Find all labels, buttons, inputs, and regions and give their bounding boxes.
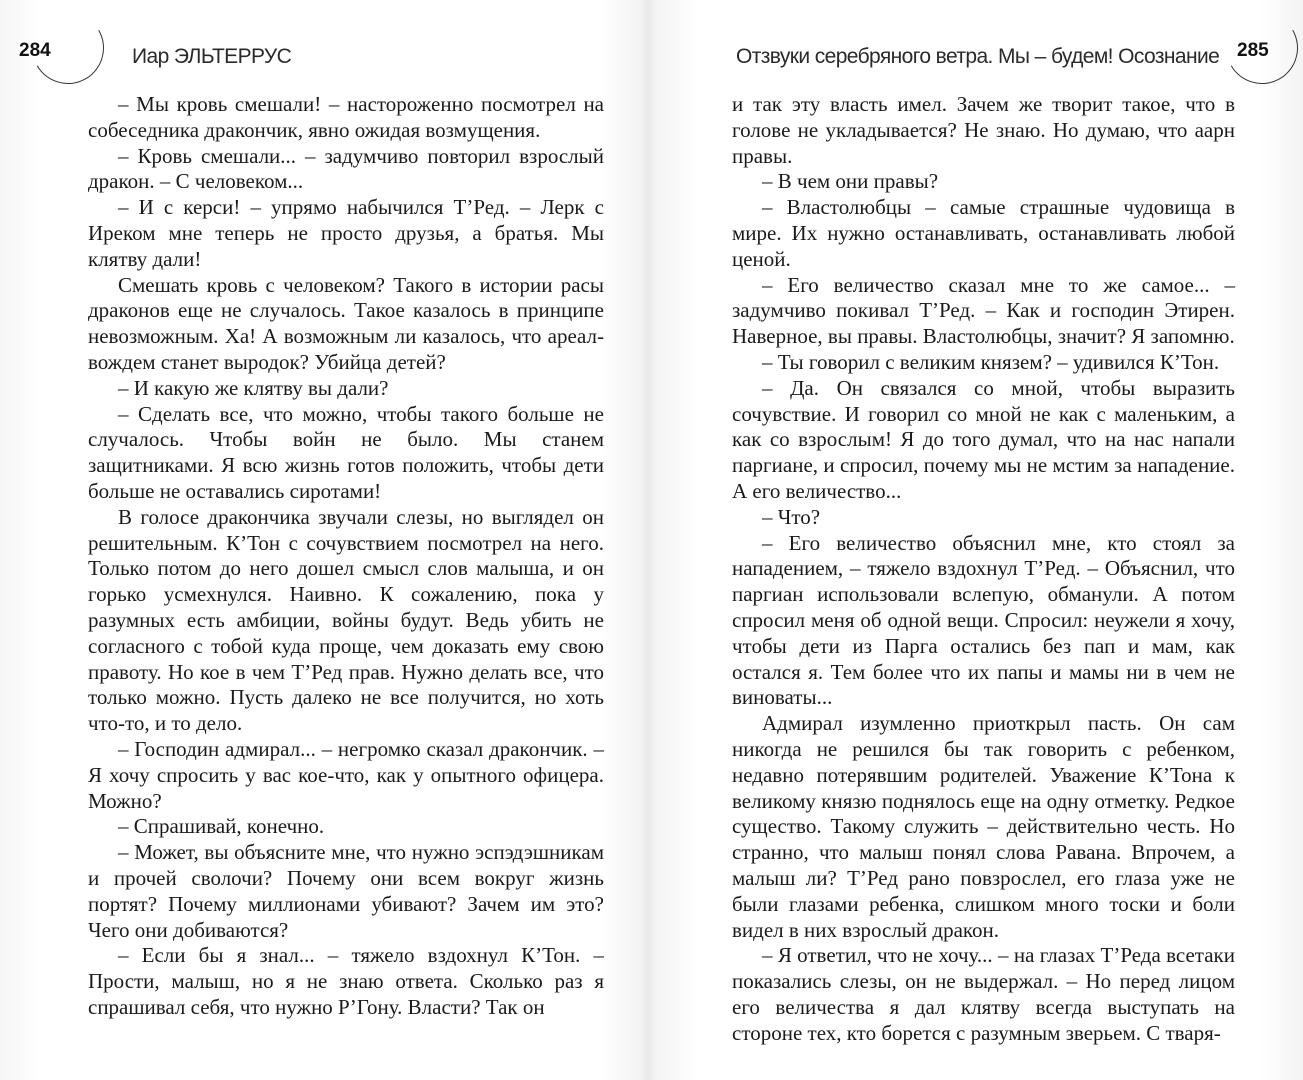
running-head-author: Иар ЭЛЬТЕРРУС — [132, 42, 291, 72]
paragraph: – Может, вы объясните мне, что нужно эсп… — [88, 840, 604, 943]
folio-arc-decoration — [1218, 4, 1303, 92]
book-spread: 284 Иар ЭЛЬТЕРРУС – Мы кровь смешали! – … — [0, 0, 1303, 1080]
paragraph: – Мы кровь смешали! – настороженно посмо… — [88, 92, 604, 144]
paragraph: – Да. Он связался со мной, чтобы выразит… — [732, 376, 1235, 505]
paragraph: – И с керси! – упрямо набычился Т’Ред. –… — [88, 195, 604, 272]
paragraph: – Кровь смешали... – задумчиво повторил … — [88, 144, 604, 196]
paragraph: – В чем они правы? — [732, 169, 1235, 195]
paragraph: В голосе дракончика звучали слезы, но вы… — [88, 505, 604, 737]
paragraph: – Ты говорил с великим князем? – удивилс… — [732, 350, 1235, 376]
paragraph: – Что? — [732, 505, 1235, 531]
paragraph: Смешать кровь с человеком? Такого в исто… — [88, 273, 604, 376]
body-text: – Мы кровь смешали! – настороженно посмо… — [88, 92, 604, 1021]
paragraph: Адмирал изумленно приоткрыл пасть. Он са… — [732, 711, 1235, 943]
paragraph: – Я ответил, что не хочу... – на глазах … — [732, 943, 1235, 1046]
paragraph: – Его величество объяснил мне, кто стоял… — [732, 531, 1235, 712]
body-text: и так эту власть имел. Зачем же творит т… — [732, 92, 1235, 1046]
paragraph: – Властолюбцы – самые страшные чудовища … — [732, 195, 1235, 272]
paragraph: – Спрашивай, конечно. — [88, 814, 604, 840]
left-page: 284 Иар ЭЛЬТЕРРУС – Мы кровь смешали! – … — [0, 0, 648, 1080]
paragraph-continuation: и так эту власть имел. Зачем же творит т… — [732, 92, 1235, 169]
paragraph: – И какую же клятву вы дали? — [88, 376, 604, 402]
paragraph: – Если бы я знал... – тяжело вздохнул К’… — [88, 943, 604, 1020]
paragraph: – Господин адмирал... – негромко сказал … — [88, 737, 604, 814]
running-head-title: Отзвуки серебряного ветра. Мы – будем! О… — [736, 42, 1219, 72]
page-number: 284 — [19, 40, 51, 62]
right-page: Отзвуки серебряного ветра. Мы – будем! О… — [652, 0, 1303, 1080]
paragraph: – Его величество сказал мне то же самое.… — [732, 273, 1235, 350]
paragraph: – Сделать все, что можно, чтобы такого б… — [88, 402, 604, 505]
